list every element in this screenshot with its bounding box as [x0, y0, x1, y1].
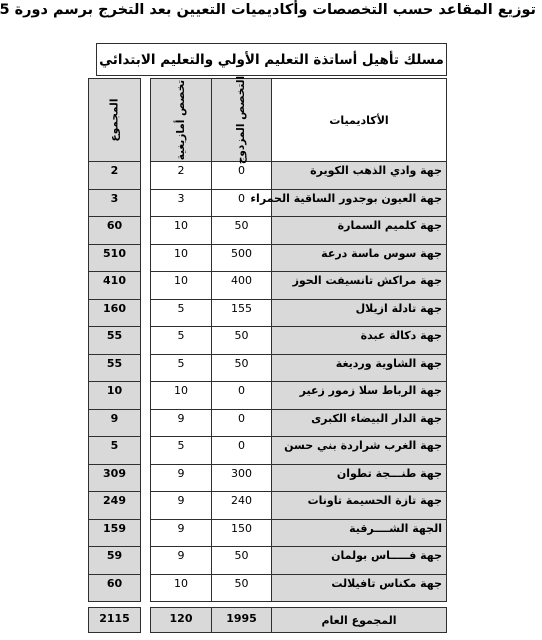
- row-total-cell: 55: [88, 326, 141, 355]
- row-double-cell: 50: [211, 574, 272, 603]
- row-total-cell: 159: [88, 519, 141, 548]
- row-double-cell: 50: [211, 354, 272, 383]
- row-amazigh-cell: 10: [150, 381, 212, 410]
- row-academy-cell: جهة الرباط سلا زمور زعير: [271, 381, 447, 410]
- row-double-cell: 50: [211, 546, 272, 575]
- row-double-cell: 150: [211, 519, 272, 548]
- table-row: 55 5 50 جهة الشاوية ورديغة: [88, 354, 450, 383]
- column-gap: [141, 216, 150, 245]
- page-title: توزيع المقاعد حسب التخصصات وأكاديميات ال…: [4, 2, 536, 18]
- row-double-cell: 0: [211, 161, 272, 190]
- row-academy-cell: جهة الغرب شراردة بني حسن: [271, 436, 447, 465]
- column-gap: [141, 436, 150, 465]
- column-gap: [141, 464, 150, 493]
- row-academy-cell: الجهة الشــــرقية: [271, 519, 447, 548]
- row-total-cell: 60: [88, 216, 141, 245]
- row-academy-cell: جهة العيون بوجدور الساقية الحمراء: [271, 189, 447, 218]
- row-total-cell: 55: [88, 354, 141, 383]
- row-academy-cell: جهة تازة الحسيمة تاونات: [271, 491, 447, 520]
- row-academy-cell: جهة طنـــجة تطوان: [271, 464, 447, 493]
- row-amazigh-cell: 9: [150, 519, 212, 548]
- column-gap: [141, 244, 150, 273]
- row-double-cell: 155: [211, 299, 272, 328]
- footer-total-cell: 2115: [88, 607, 141, 633]
- row-double-cell: 50: [211, 326, 272, 355]
- row-amazigh-cell: 2: [150, 161, 212, 190]
- row-double-cell: 400: [211, 271, 272, 300]
- table-row: 59 9 50 جهة فـــــاس بولمان: [88, 546, 450, 575]
- table-row: 9 9 0 جهة الدار البيضاء الكبرى: [88, 409, 450, 438]
- row-academy-cell: جهة كلميم السمارة: [271, 216, 447, 245]
- row-amazigh-cell: 9: [150, 464, 212, 493]
- row-total-cell: 3: [88, 189, 141, 218]
- column-gap: [141, 78, 150, 162]
- row-total-cell: 10: [88, 381, 141, 410]
- row-amazigh-cell: 10: [150, 244, 212, 273]
- row-academy-cell: جهة مراكش تانسيفت الحوز: [271, 271, 447, 300]
- column-gap: [141, 271, 150, 300]
- column-gap: [141, 574, 150, 603]
- column-gap: [141, 299, 150, 328]
- row-academy-cell: جهة الدار البيضاء الكبرى: [271, 409, 447, 438]
- row-total-cell: 59: [88, 546, 141, 575]
- row-amazigh-cell: 10: [150, 574, 212, 603]
- row-amazigh-cell: 10: [150, 271, 212, 300]
- row-total-cell: 249: [88, 491, 141, 520]
- table-row: 249 9 240 جهة تازة الحسيمة تاونات: [88, 491, 450, 520]
- table-row: 10 10 0 جهة الرباط سلا زمور زعير: [88, 381, 450, 410]
- row-double-cell: 0: [211, 381, 272, 410]
- table-row: 2 2 0 جهة وادي الذهب الكويرة: [88, 161, 450, 190]
- table-row: 3 3 0 جهة العيون بوجدور الساقية الحمراء: [88, 189, 450, 218]
- column-gap: [141, 546, 150, 575]
- column-gap: [141, 161, 150, 190]
- row-total-cell: 510: [88, 244, 141, 273]
- table-row: 510 10 500 جهة سوس ماسة درعة: [88, 244, 450, 273]
- row-double-cell: 50: [211, 216, 272, 245]
- row-total-cell: 410: [88, 271, 141, 300]
- column-gap: [141, 189, 150, 218]
- document-page: توزيع المقاعد حسب التخصصات وأكاديميات ال…: [0, 0, 542, 640]
- row-amazigh-cell: 5: [150, 436, 212, 465]
- table-row: 55 5 50 جهة دكالة عبدة: [88, 326, 450, 355]
- table-header-row: المجموع تخصص أمازيغية التخصص المزدوج الأ…: [88, 78, 450, 162]
- column-gap: [141, 607, 150, 633]
- column-gap: [141, 409, 150, 438]
- footer-amazigh-cell: 120: [150, 607, 212, 633]
- table-row: 160 5 155 جهة تادلة ازيلال: [88, 299, 450, 328]
- row-total-cell: 9: [88, 409, 141, 438]
- column-gap: [141, 354, 150, 383]
- row-academy-cell: جهة سوس ماسة درعة: [271, 244, 447, 273]
- header-academy-label: الأكاديميات: [329, 114, 388, 127]
- row-amazigh-cell: 9: [150, 491, 212, 520]
- row-total-cell: 60: [88, 574, 141, 603]
- table-row: 159 9 150 الجهة الشــــرقية: [88, 519, 450, 548]
- row-academy-cell: جهة مكناس تافيلالت: [271, 574, 447, 603]
- footer-double-cell: 1995: [211, 607, 272, 633]
- column-gap: [141, 519, 150, 548]
- row-amazigh-cell: 5: [150, 354, 212, 383]
- row-double-cell: 0: [211, 409, 272, 438]
- header-double-cell: التخصص المزدوج: [211, 78, 272, 162]
- row-amazigh-cell: 9: [150, 409, 212, 438]
- header-amazigh-cell: تخصص أمازيغية: [150, 78, 212, 162]
- row-double-cell: 300: [211, 464, 272, 493]
- row-academy-cell: جهة فـــــاس بولمان: [271, 546, 447, 575]
- distribution-table: المجموع تخصص أمازيغية التخصص المزدوج الأ…: [88, 78, 450, 633]
- table-footer-row: 2115 120 1995 المجموع العام: [88, 607, 450, 633]
- header-double-label: التخصص المزدوج: [236, 76, 248, 164]
- table-row: 60 10 50 جهة كلميم السمارة: [88, 216, 450, 245]
- row-total-cell: 2: [88, 161, 141, 190]
- header-total-cell: المجموع: [88, 78, 141, 162]
- header-academy-cell: الأكاديميات: [271, 78, 447, 162]
- table-body: 2 2 0 جهة وادي الذهب الكويرة 3 3 0 جهة ا…: [88, 161, 450, 602]
- row-double-cell: 240: [211, 491, 272, 520]
- row-amazigh-cell: 3: [150, 189, 212, 218]
- footer-label-cell: المجموع العام: [271, 607, 447, 633]
- row-total-cell: 160: [88, 299, 141, 328]
- subtitle-box: مسلك تأهيل أساتذة التعليم الأولي والتعلي…: [96, 43, 447, 76]
- column-gap: [141, 381, 150, 410]
- header-total-label: المجموع: [108, 99, 120, 142]
- table-row: 5 5 0 جهة الغرب شراردة بني حسن: [88, 436, 450, 465]
- column-gap: [141, 326, 150, 355]
- footer-label-text: المجموع العام: [321, 614, 396, 627]
- row-double-cell: 0: [211, 436, 272, 465]
- row-total-cell: 309: [88, 464, 141, 493]
- row-academy-cell: جهة وادي الذهب الكويرة: [271, 161, 447, 190]
- row-academy-cell: جهة الشاوية ورديغة: [271, 354, 447, 383]
- row-total-cell: 5: [88, 436, 141, 465]
- table-row: 309 9 300 جهة طنـــجة تطوان: [88, 464, 450, 493]
- row-amazigh-cell: 5: [150, 326, 212, 355]
- row-amazigh-cell: 9: [150, 546, 212, 575]
- row-academy-cell: جهة دكالة عبدة: [271, 326, 447, 355]
- subtitle-text: مسلك تأهيل أساتذة التعليم الأولي والتعلي…: [99, 52, 444, 68]
- row-amazigh-cell: 5: [150, 299, 212, 328]
- row-double-cell: 500: [211, 244, 272, 273]
- row-amazigh-cell: 10: [150, 216, 212, 245]
- table-row: 410 10 400 جهة مراكش تانسيفت الحوز: [88, 271, 450, 300]
- header-amazigh-label: تخصص أمازيغية: [175, 80, 187, 160]
- row-academy-cell: جهة تادلة ازيلال: [271, 299, 447, 328]
- table-row: 60 10 50 جهة مكناس تافيلالت: [88, 574, 450, 603]
- column-gap: [141, 491, 150, 520]
